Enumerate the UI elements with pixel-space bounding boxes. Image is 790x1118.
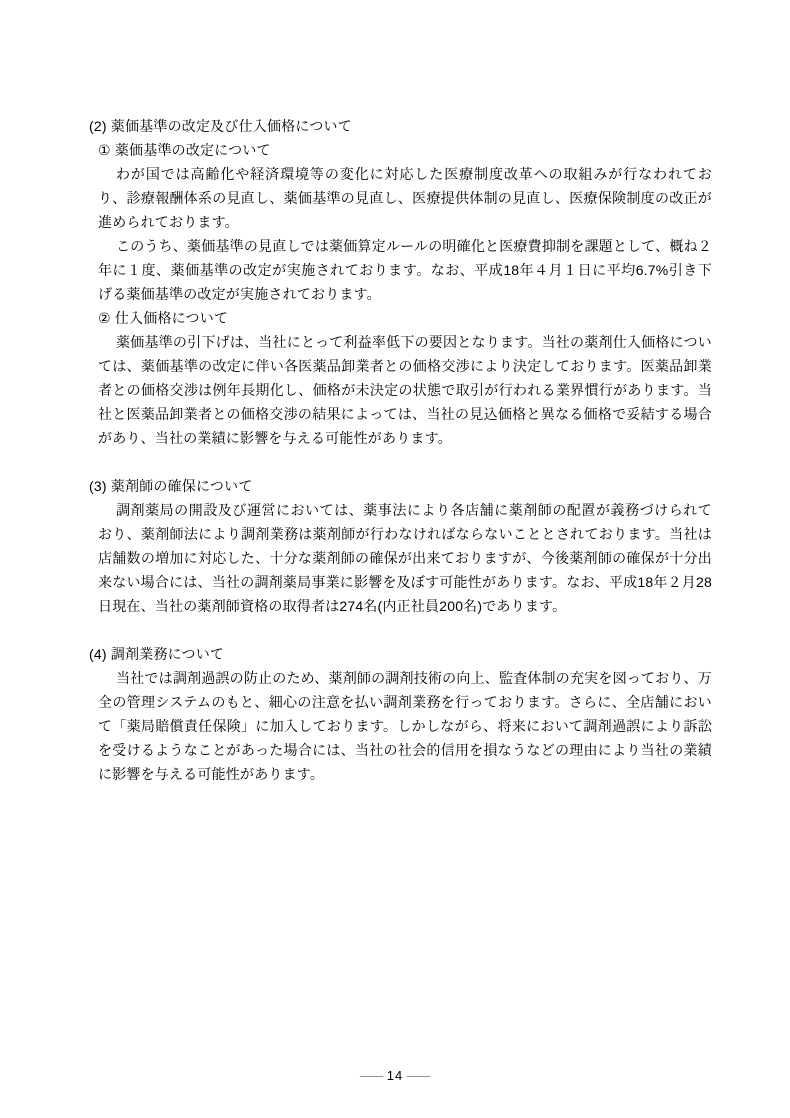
page-number: 14 bbox=[387, 1068, 403, 1084]
subsection-heading-2: ② 仕入価格について bbox=[98, 306, 712, 330]
page-content: (2) 薬価基準の改定及び仕入価格について ① 薬価基準の改定について わが国で… bbox=[89, 114, 712, 786]
section-heading-2: (2) 薬価基準の改定及び仕入価格について bbox=[89, 114, 712, 138]
document-page: (2) 薬価基準の改定及び仕入価格について ① 薬価基準の改定について わが国で… bbox=[0, 0, 790, 1118]
paragraph: このうち、薬価基準の見直しでは薬価算定ルールの明確化と医療費抑制を課題として、概… bbox=[98, 234, 712, 306]
section-drug-price-revision: (2) 薬価基準の改定及び仕入価格について ① 薬価基準の改定について わが国で… bbox=[89, 114, 712, 450]
section-pharmacist-securing: (3) 薬剤師の確保について 調剤薬局の開設及び運営においては、薬事法により各店… bbox=[89, 474, 712, 618]
section-heading-4: (4) 調剤業務について bbox=[89, 642, 712, 666]
paragraph: 当社では調剤過誤の防止のため、薬剤師の調剤技術の向上、監査体制の充実を図っており… bbox=[98, 666, 712, 786]
paragraph: 薬価基準の引下げは、当社にとって利益率低下の要因となります。当社の薬剤仕入価格に… bbox=[98, 330, 712, 450]
footer-dash-right: ― bbox=[407, 1068, 430, 1084]
subsection-price-standard-revision: ① 薬価基準の改定について わが国では高齢化や経済環境等の変化に対応した医療制度… bbox=[98, 138, 712, 450]
page-footer: ―14― bbox=[0, 1068, 790, 1084]
paragraph: わが国では高齢化や経済環境等の変化に対応した医療制度改革への取組みが行なわれてお… bbox=[98, 162, 712, 234]
subsection-heading-1: ① 薬価基準の改定について bbox=[98, 138, 712, 162]
paragraph: 調剤薬局の開設及び運営においては、薬事法により各店舗に薬剤師の配置が義務づけられ… bbox=[98, 498, 712, 618]
section-body: 当社では調剤過誤の防止のため、薬剤師の調剤技術の向上、監査体制の充実を図っており… bbox=[98, 666, 712, 786]
footer-dash-left: ― bbox=[360, 1068, 383, 1084]
section-heading-3: (3) 薬剤師の確保について bbox=[89, 474, 712, 498]
section-dispensing-operations: (4) 調剤業務について 当社では調剤過誤の防止のため、薬剤師の調剤技術の向上、… bbox=[89, 642, 712, 786]
section-body: 調剤薬局の開設及び運営においては、薬事法により各店舗に薬剤師の配置が義務づけられ… bbox=[98, 498, 712, 618]
